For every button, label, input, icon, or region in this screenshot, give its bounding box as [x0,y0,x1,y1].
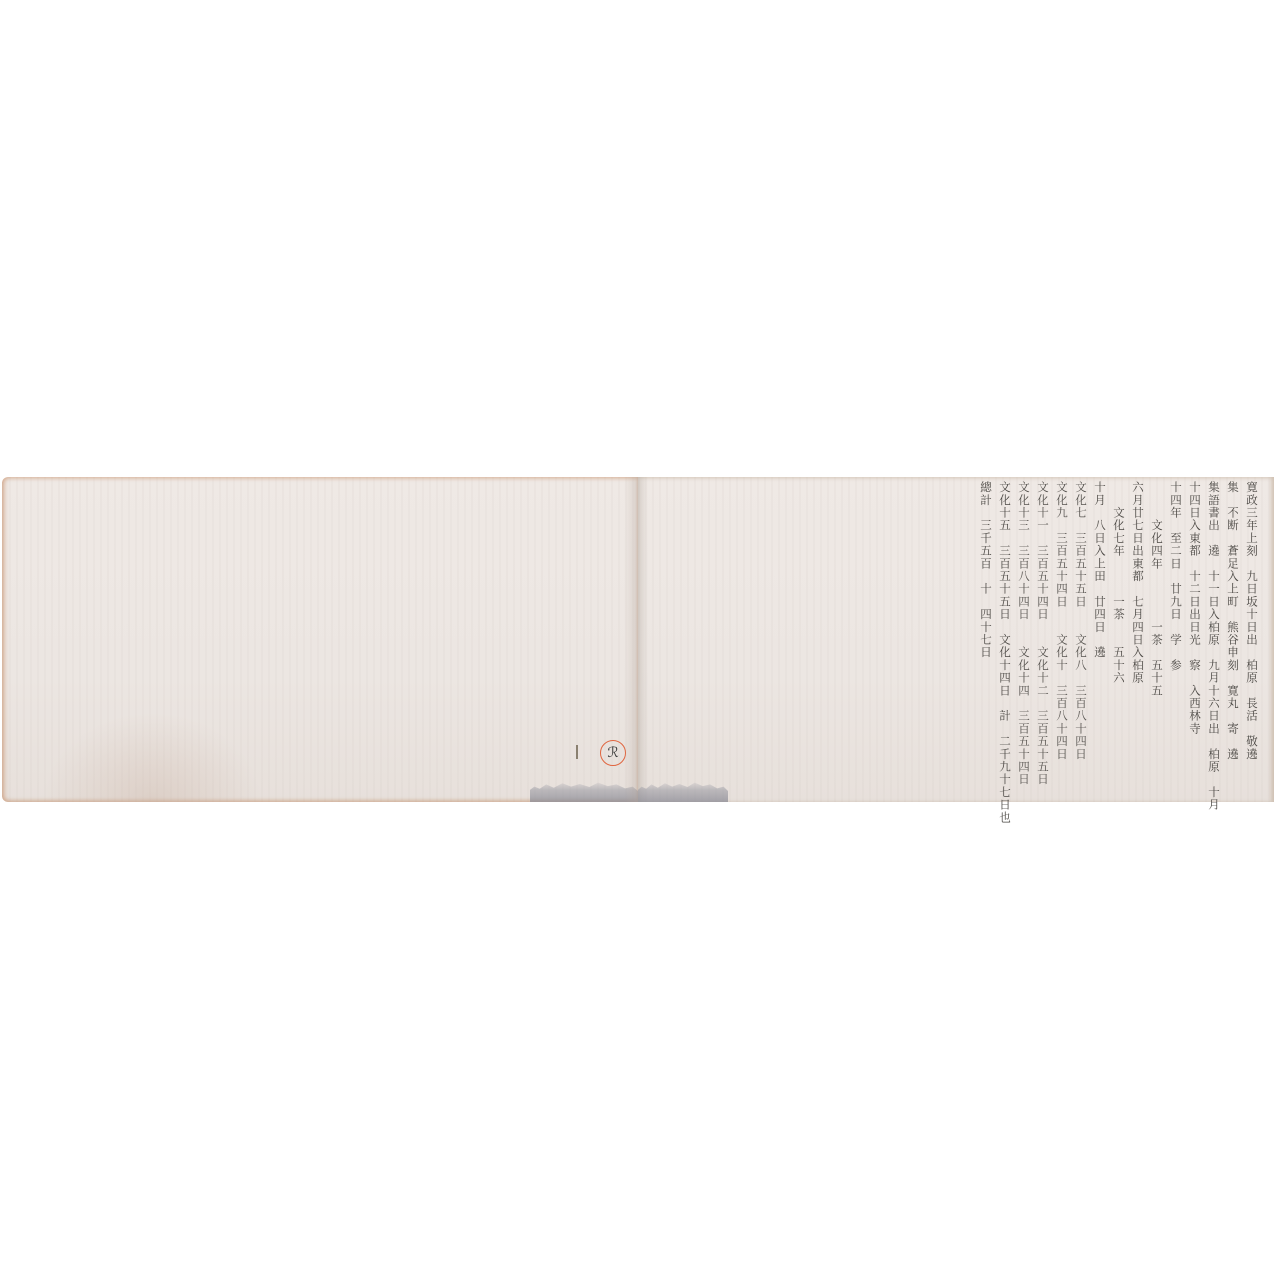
text-column: 寛政三年上刻 九日坂十日出 柏原 長活 敬遶 [1241,481,1260,796]
text-column: 文化七年 一茶 五十六 [1108,481,1127,796]
right-page: 寛政三年上刻 九日坂十日出 柏原 長活 敬遶 集 不断 蒼足入上町 熊谷申刻 寛… [638,477,1274,802]
text-column: 十四日入東都 十二日出日光 察 入西林寺 [1184,481,1203,796]
text-column: 總計 三千五百 十 四十七日 [975,481,994,796]
text-column: 文化十一 三百五十四日 文化十二 三百五十五日 [1032,481,1051,796]
text-column: 文化四年 一茶 五十五 [1146,481,1165,796]
text-column: 集語書出 遶 十一日入柏原 九月十六日出 柏原 十月 [1203,481,1222,796]
text-column: 文化十五 三百五十五日 文化十四日 計 二千九十七日也 [994,481,1013,796]
water-stain [638,780,728,802]
stamp-glyph: ℛ [607,745,618,761]
text-column: 文化十三 三百八十四日 文化十四 三百五十四日 [1013,481,1032,796]
open-manuscript: ℛ 寛政三年上刻 九日坂十日出 柏原 長活 敬遶 集 不断 蒼足入上町 熊谷申刻… [2,477,1274,802]
red-seal-stamp-icon: ℛ [600,740,626,766]
pencil-mark [576,745,578,759]
text-column: 十月 八日入上田 廿四日 遶 [1089,481,1108,796]
text-column: 文化九 三百五十四日 文化十 三百八十四日 [1051,481,1070,796]
water-stain [530,780,638,802]
discoloration [42,712,262,802]
text-column: 集 不断 蒼足入上町 熊谷申刻 寛丸 寄 遶 [1222,481,1241,796]
handwritten-text: 寛政三年上刻 九日坂十日出 柏原 長活 敬遶 集 不断 蒼足入上町 熊谷申刻 寛… [975,481,1260,796]
text-column: 六月廿七日出東都 七月四日入柏原 [1127,481,1146,796]
text-column: 文化七 三百五十五日 文化八 三百八十四日 [1070,481,1089,796]
text-column: 十四年 至二日 廿九日 学 参 [1165,481,1184,796]
left-page: ℛ [2,477,638,802]
